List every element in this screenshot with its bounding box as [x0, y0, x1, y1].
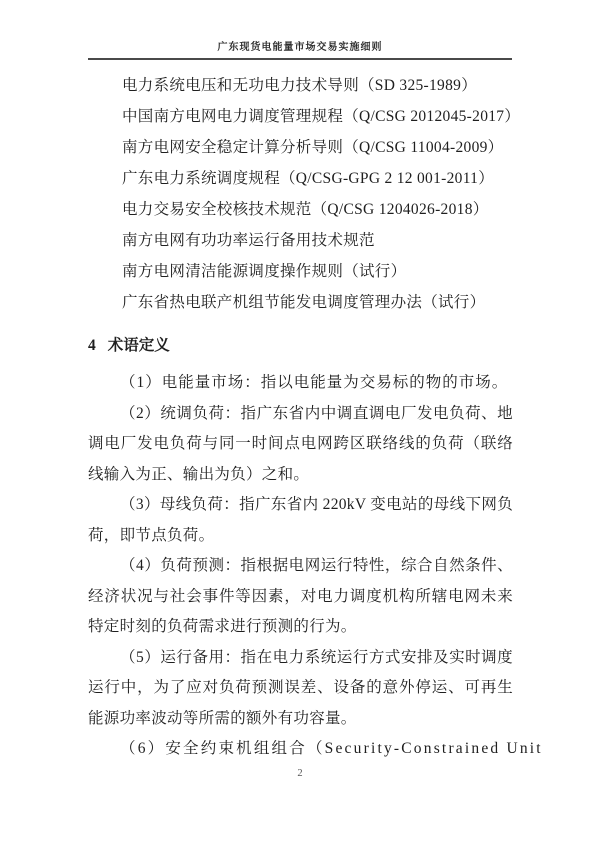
page-header-title: 广东现货电能量市场交易实施细则 [88, 38, 512, 53]
reference-item: 南方电网清洁能源调度操作规则（试行） [88, 256, 513, 287]
section-title: 术语定义 [108, 337, 170, 354]
section-number: 4 [88, 337, 96, 354]
reference-item: 南方电网安全稳定计算分析导则（Q/CSG 11004-2009） [88, 132, 513, 163]
reference-item: 电力交易安全校核技术规范（Q/CSG 1204026-2018） [88, 194, 513, 225]
reference-list: 电力系统电压和无功电力技术导则（SD 325-1989） 中国南方电网电力调度管… [88, 70, 513, 318]
definition-paragraph: （1）电能量市场：指以电能量为交易标的物的市场。 [88, 368, 513, 399]
definition-paragraph: （5）运行备用：指在电力系统运行方式安排及实时调度运行中，为了应对负荷预测误差、… [88, 643, 513, 735]
reference-item: 广东电力系统调度规程（Q/CSG-GPG 2 12 001-2011） [88, 163, 513, 194]
page-header: 广东现货电能量市场交易实施细则 [88, 38, 512, 60]
reference-item: 广东省热电联产机组节能发电调度管理办法（试行） [88, 287, 513, 318]
page-footer: 2 [0, 768, 600, 779]
section-heading: 4术语定义 [88, 335, 513, 357]
page-content: 电力系统电压和无功电力技术导则（SD 325-1989） 中国南方电网电力调度管… [88, 70, 513, 765]
reference-item: 中国南方电网电力调度管理规程（Q/CSG 2012045-2017） [88, 101, 513, 132]
document-page: 广东现货电能量市场交易实施细则 电力系统电压和无功电力技术导则（SD 325-1… [0, 0, 600, 848]
reference-item: 南方电网有功功率运行备用技术规范 [88, 225, 513, 256]
definition-paragraph: （6）安全约束机组组合（Security-Constrained Unit [88, 734, 513, 765]
page-number: 2 [297, 768, 302, 779]
definition-paragraph: （3）母线负荷：指广东省内 220kV 变电站的母线下网负荷，即节点负荷。 [88, 490, 513, 551]
definition-list: （1）电能量市场：指以电能量为交易标的物的市场。 （2）统调负荷：指广东省内中调… [88, 368, 513, 765]
definition-paragraph: （4）负荷预测：指根据电网运行特性，综合自然条件、经济状况与社会事件等因素，对电… [88, 551, 513, 643]
definition-paragraph: （2）统调负荷：指广东省内中调直调电厂发电负荷、地调电厂发电负荷与同一时间点电网… [88, 399, 513, 491]
reference-item: 电力系统电压和无功电力技术导则（SD 325-1989） [88, 70, 513, 101]
